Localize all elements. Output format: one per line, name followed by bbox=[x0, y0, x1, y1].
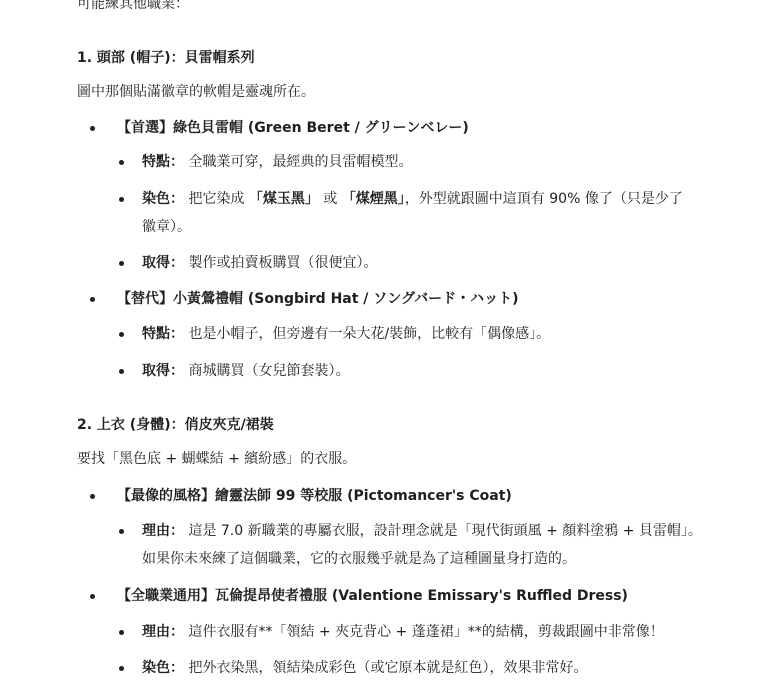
detail-continuation: 如果你未來練了這個職業，它的衣服幾乎就是為了這種圖量身打造的。 bbox=[142, 549, 576, 569]
detail-label: 染色： bbox=[142, 191, 184, 207]
detail-text: 把外衣染黑，領結染成彩色（或它原本就是紅色），效果非常好。 bbox=[188, 660, 587, 676]
bullet-icon bbox=[119, 369, 124, 374]
bullet-icon bbox=[90, 297, 95, 302]
section-heading-body: 2. 上衣 (身體)：俏皮夾克/裙裝 bbox=[77, 415, 274, 435]
detail-reason: 理由： 這是 7.0 新職業的專屬衣服，設計理念就是「現代街頭風 + 顏料塗鴉 … bbox=[142, 521, 702, 541]
detail-text: ，外型就跟圖中這頂有 90% 像了（只是少了 bbox=[405, 191, 683, 207]
detail-acquire: 取得： 製作或拍賣板購買（很便宜）。 bbox=[142, 253, 377, 273]
bullet-icon bbox=[119, 529, 124, 534]
detail-text: 這是 7.0 新職業的專屬衣服，設計理念就是「現代街頭風 + 顏料塗鴉 + 貝雷… bbox=[188, 523, 701, 539]
detail-feature: 特點： 全職業可穿，最經典的貝雷帽模型。 bbox=[142, 152, 412, 172]
bullet-icon bbox=[119, 261, 124, 266]
detail-label: 理由： bbox=[142, 523, 184, 539]
detail-label: 取得： bbox=[142, 255, 184, 271]
detail-feature: 特點： 也是小帽子，但旁邊有一朵大花/裝飾，比較有「偶像感」。 bbox=[142, 324, 550, 344]
detail-text: 或 bbox=[319, 191, 342, 207]
item-title-songbird-hat: 【替代】小黃鶯禮帽 (Songbird Hat / ソングバード・ハット) bbox=[117, 289, 519, 309]
bullet-icon bbox=[119, 630, 124, 635]
bullet-icon bbox=[90, 594, 95, 599]
section-description: 要找「黑色底 + 蝴蝶結 + 繽紛感」的衣服。 bbox=[77, 449, 356, 469]
detail-reason: 理由： 這件衣服有**「領結 + 夾克背心 + 蓬蓬裙」**的結構，剪裁跟圖中非… bbox=[142, 622, 664, 642]
detail-text: 製作或拍賣板購買（很便宜）。 bbox=[188, 255, 377, 271]
dye-name-soot-black: 「煤煙黑」 bbox=[342, 191, 405, 207]
bullet-icon bbox=[90, 126, 95, 131]
bullet-icon bbox=[119, 666, 124, 671]
bullet-icon bbox=[119, 332, 124, 337]
bullet-icon bbox=[119, 160, 124, 165]
dye-name-jet-black: 「煤玉黑」 bbox=[249, 191, 319, 207]
detail-dye: 染色： 把它染成 「煤玉黑」 或 「煤煙黑」，外型就跟圖中這頂有 90% 像了（… bbox=[142, 189, 683, 209]
detail-text: 這件衣服有**「領結 + 夾克背心 + 蓬蓬裙」**的結構，剪裁跟圖中非常像！ bbox=[188, 624, 663, 640]
detail-label: 特點： bbox=[142, 154, 184, 170]
detail-label: 特點： bbox=[142, 326, 184, 342]
detail-dye: 染色： 把外衣染黑，領結染成彩色（或它原本就是紅色），效果非常好。 bbox=[142, 658, 587, 678]
detail-text: 全職業可穿，最經典的貝雷帽模型。 bbox=[188, 154, 412, 170]
detail-label: 取得： bbox=[142, 363, 184, 379]
item-title-green-beret: 【首選】綠色貝雷帽 (Green Beret / グリーンベレー) bbox=[117, 118, 469, 138]
bullet-icon bbox=[90, 494, 95, 499]
detail-text: 也是小帽子，但旁邊有一朵大花/裝飾，比較有「偶像感」。 bbox=[188, 326, 550, 342]
section-description: 圖中那個貼滿徽章的軟帽是靈魂所在。 bbox=[77, 82, 315, 102]
bullet-icon bbox=[119, 197, 124, 202]
detail-acquire: 取得： 商城購買（女兒節套裝）。 bbox=[142, 361, 349, 381]
item-title-valentione-dress: 【全職業通用】瓦倫提昂使者禮服 (Valentione Emissary's R… bbox=[117, 586, 628, 606]
item-title-pictomancer-coat: 【最像的風格】繪靈法師 99 等校服 (Pictomancer's Coat) bbox=[117, 486, 512, 506]
detail-label: 染色： bbox=[142, 660, 184, 676]
detail-text: 把它染成 bbox=[188, 191, 248, 207]
detail-text: 商城購買（女兒節套裝）。 bbox=[188, 363, 349, 379]
intro-text: 可能練其他職業： bbox=[77, 0, 189, 14]
detail-label: 理由： bbox=[142, 624, 184, 640]
section-heading-head: 1. 頭部 (帽子)：貝雷帽系列 bbox=[77, 48, 255, 68]
detail-continuation: 徽章）。 bbox=[142, 217, 191, 237]
